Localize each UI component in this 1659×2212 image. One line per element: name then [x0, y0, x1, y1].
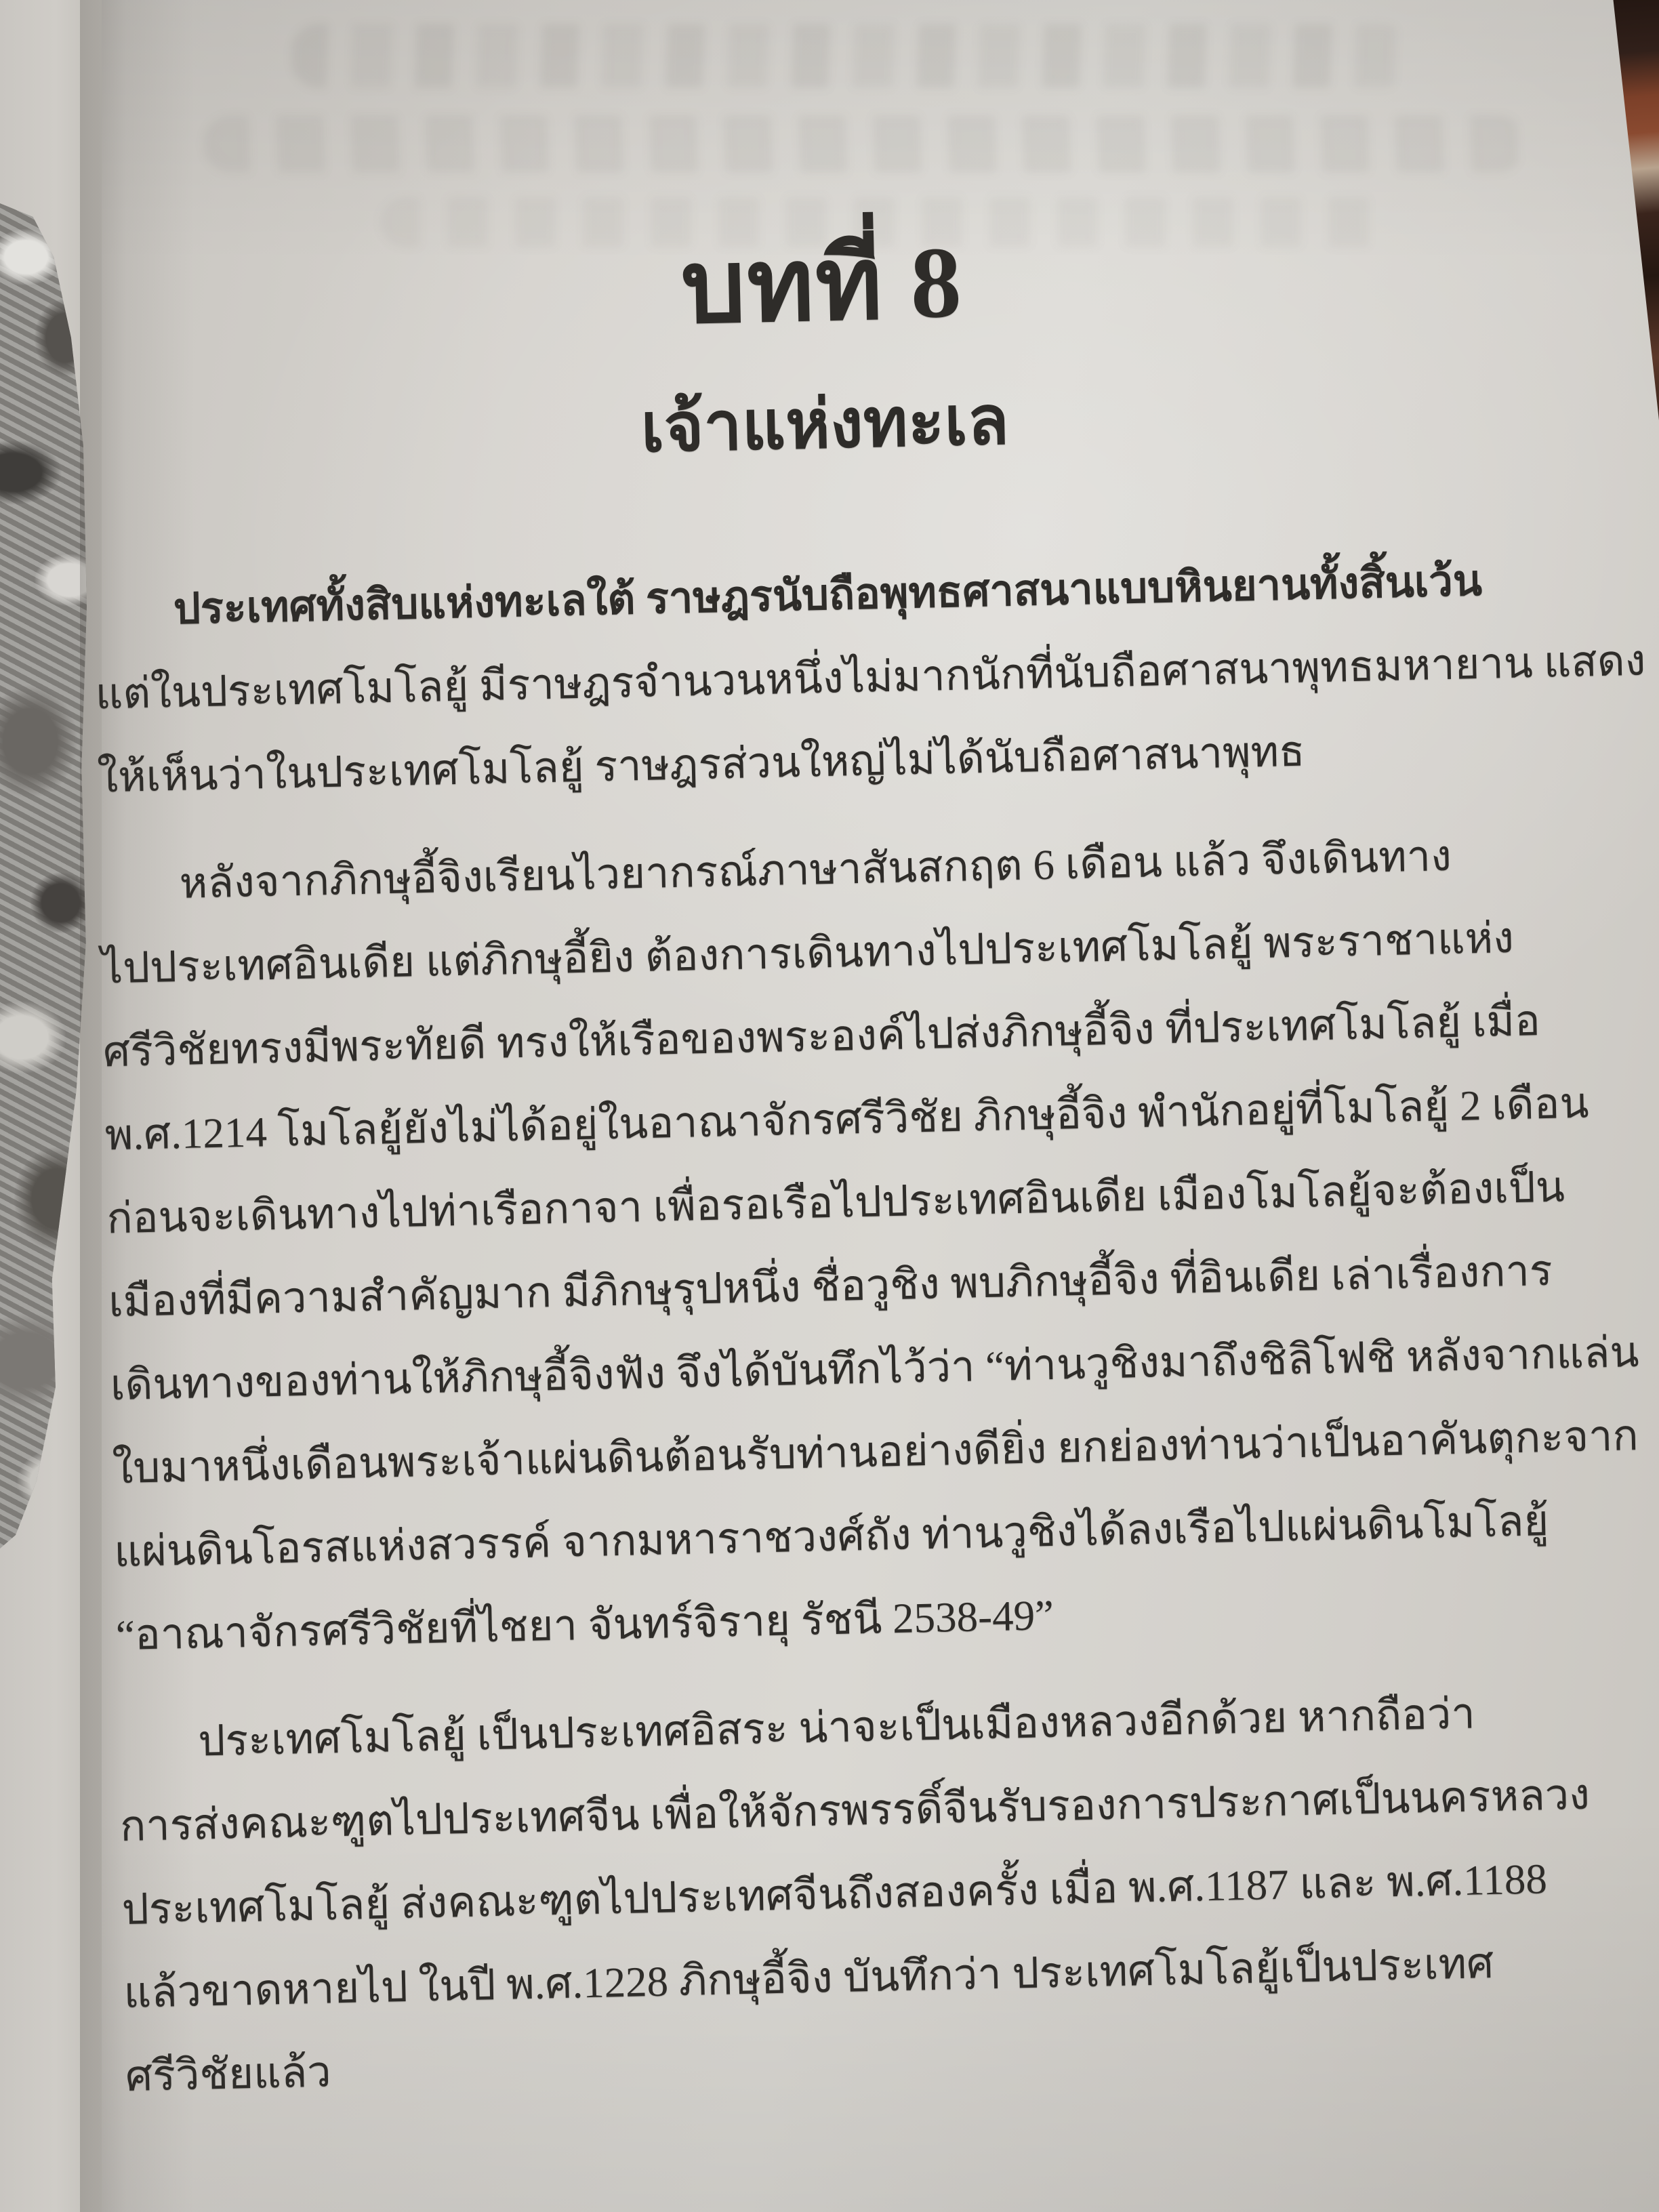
showthrough-ghost-text	[203, 115, 1525, 173]
chapter-title: เจ้าแห่งทะเล	[89, 368, 1561, 481]
showthrough-ghost-text	[291, 24, 1410, 88]
paragraph-3: ประเทศโมโลยู้ เป็นประเทศอิสระ น่าจะเป็นเ…	[117, 1670, 1597, 2118]
stone-inscription-photo	[0, 203, 87, 1549]
page-text: บทที่ 8 เจ้าแห่งทะเล ประเทศทั้งสิบแห่งทะ…	[85, 211, 1597, 2118]
book-page-photo: บทที่ 8 เจ้าแห่งทะเล ประเทศทั้งสิบแห่งทะ…	[0, 0, 1659, 2212]
paragraph-2: หลังจากภิกษุอี้จิงเรียนไวยากรณ์ภาษาสันสก…	[99, 812, 1587, 1677]
paragraph-1: ประเทศทั้งสิบแห่งทะเลใต้ ราษฎรนับถือพุทธ…	[93, 537, 1569, 819]
